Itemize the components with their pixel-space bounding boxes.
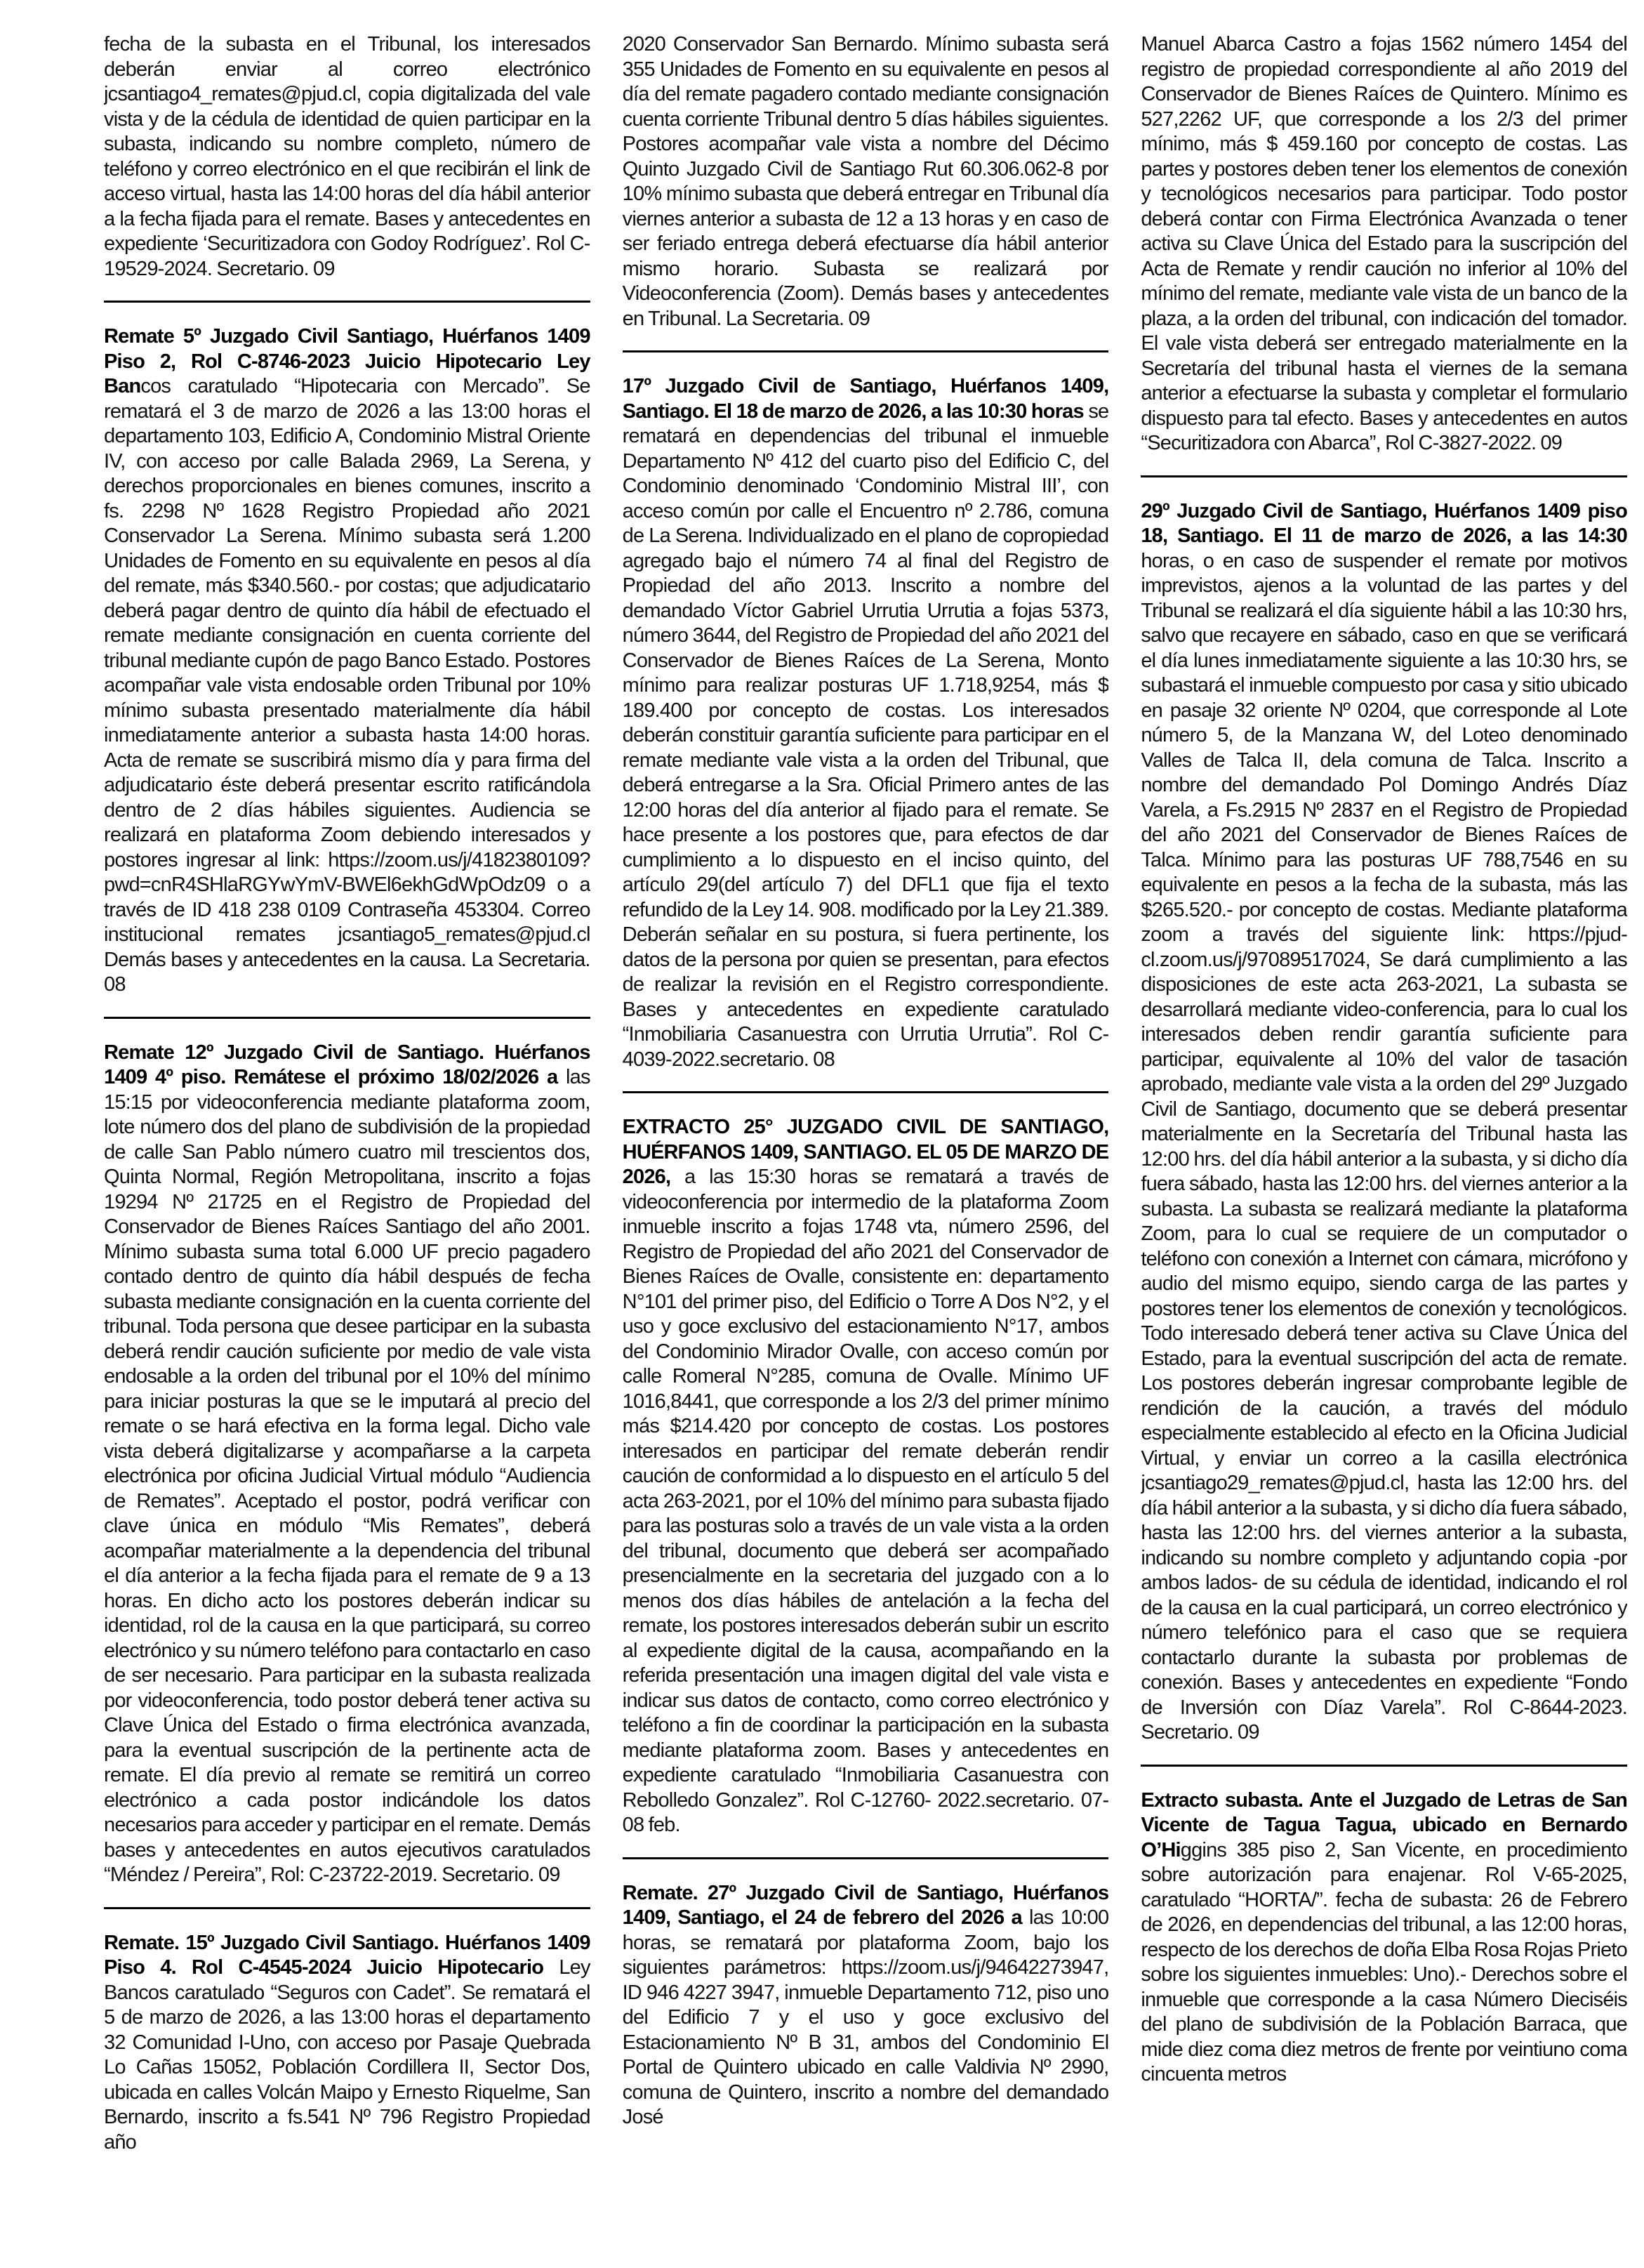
notice-body: se rematará en dependencias del tribunal… [623, 400, 1109, 1071]
notice-separator-rule [104, 1907, 590, 1909]
notice-separator-rule [623, 350, 1109, 352]
notice-text: Remate 5º Juzgado Civil Santiago, Huérfa… [104, 324, 590, 998]
notice-text: Remate. 15º Juzgado Civil Santiago. Huér… [104, 1931, 590, 2156]
notice-separator-rule [1141, 1765, 1627, 1767]
notice-text: Remate 12º Juzgado Civil de Santiago. Hu… [104, 1041, 590, 1888]
notice-separator-rule [104, 1017, 590, 1019]
notice-text: EXTRACTO 25° JUZGADO CIVIL DE SANTIAGO, … [623, 1115, 1109, 1838]
notice-body: fecha de la subasta en el Tribunal, los … [104, 33, 590, 280]
notice-text: 29º Juzgado Civil de Santiago, Huérfanos… [1141, 499, 1627, 1746]
notice-separator-rule [104, 301, 590, 303]
notice-text: Manuel Abarca Castro a fojas 1562 número… [1141, 32, 1627, 456]
notices-columns: fecha de la subasta en el Tribunal, los … [0, 0, 1644, 2268]
legal-notice: 29º Juzgado Civil de Santiago, Huérfanos… [1141, 499, 1627, 1746]
notice-text: 17º Juzgado Civil de Santiago, Huérfanos… [623, 374, 1109, 1072]
notice-lead: 17º Juzgado Civil de Santiago, Huérfanos… [623, 375, 1109, 423]
notice-lead: 29º Juzgado Civil de Santiago, Huérfanos… [1141, 500, 1627, 548]
column-3: Manuel Abarca Castro a fojas 1562 número… [1141, 32, 1627, 2268]
legal-notice: Extracto subasta. Ante el Juzgado de Let… [1141, 1788, 1627, 2088]
notice-body: Ley Bancos caratulado “Seguros con Cadet… [104, 1956, 590, 2154]
legal-notice: 2020 Conservador San Bernardo. Mínimo su… [623, 32, 1109, 331]
legal-notice: EXTRACTO 25° JUZGADO CIVIL DE SANTIAGO, … [623, 1115, 1109, 1838]
notice-body: 2020 Conservador San Bernardo. Mínimo su… [623, 33, 1109, 330]
legal-notice: Remate 5º Juzgado Civil Santiago, Huérfa… [104, 324, 590, 998]
notice-body: las 10:00 horas, se rematará por platafo… [623, 1906, 1109, 2128]
notice-text: fecha de la subasta en el Tribunal, los … [104, 32, 590, 282]
notice-separator-rule [623, 1857, 1109, 1859]
notice-body: ggins 385 piso 2, San Vicente, en proced… [1141, 1839, 1627, 2086]
notice-text: Extracto subasta. Ante el Juzgado de Let… [1141, 1788, 1627, 2088]
legal-notice: fecha de la subasta en el Tribunal, los … [104, 32, 590, 282]
notice-body: horas, o en caso de suspender el remate … [1141, 550, 1627, 1744]
legal-notice: Remate. 27º Juzgado Civil de Santiago, H… [623, 1881, 1109, 2130]
notice-body: las 15:15 por videoconferencia mediante … [104, 1066, 590, 1886]
legal-notice: Remate. 15º Juzgado Civil Santiago. Huér… [104, 1931, 590, 2156]
notice-text: 2020 Conservador San Bernardo. Mínimo su… [623, 32, 1109, 331]
legal-notice: Remate 12º Juzgado Civil de Santiago. Hu… [104, 1041, 590, 1888]
column-2: 2020 Conservador San Bernardo. Mínimo su… [623, 32, 1109, 2268]
notice-body: a las 15:30 horas se rematará a través d… [623, 1166, 1109, 1836]
legal-notice: 17º Juzgado Civil de Santiago, Huérfanos… [623, 374, 1109, 1072]
notice-lead: Remate. 15º Juzgado Civil Santiago. Huér… [104, 1932, 590, 1979]
notice-body: cos caratulado “Hipotecaria con Mercado”… [104, 375, 590, 996]
legal-notice: Manuel Abarca Castro a fojas 1562 número… [1141, 32, 1627, 456]
notice-text: Remate. 27º Juzgado Civil de Santiago, H… [623, 1881, 1109, 2130]
notice-body: Manuel Abarca Castro a fojas 1562 número… [1141, 33, 1627, 454]
notice-separator-rule [1141, 475, 1627, 477]
notice-lead: Remate 12º Juzgado Civil de Santiago. Hu… [104, 1041, 590, 1089]
column-1: fecha de la subasta en el Tribunal, los … [104, 32, 590, 2268]
notice-separator-rule [623, 1091, 1109, 1093]
newspaper-page: fecha de la subasta en el Tribunal, los … [0, 0, 1644, 2268]
